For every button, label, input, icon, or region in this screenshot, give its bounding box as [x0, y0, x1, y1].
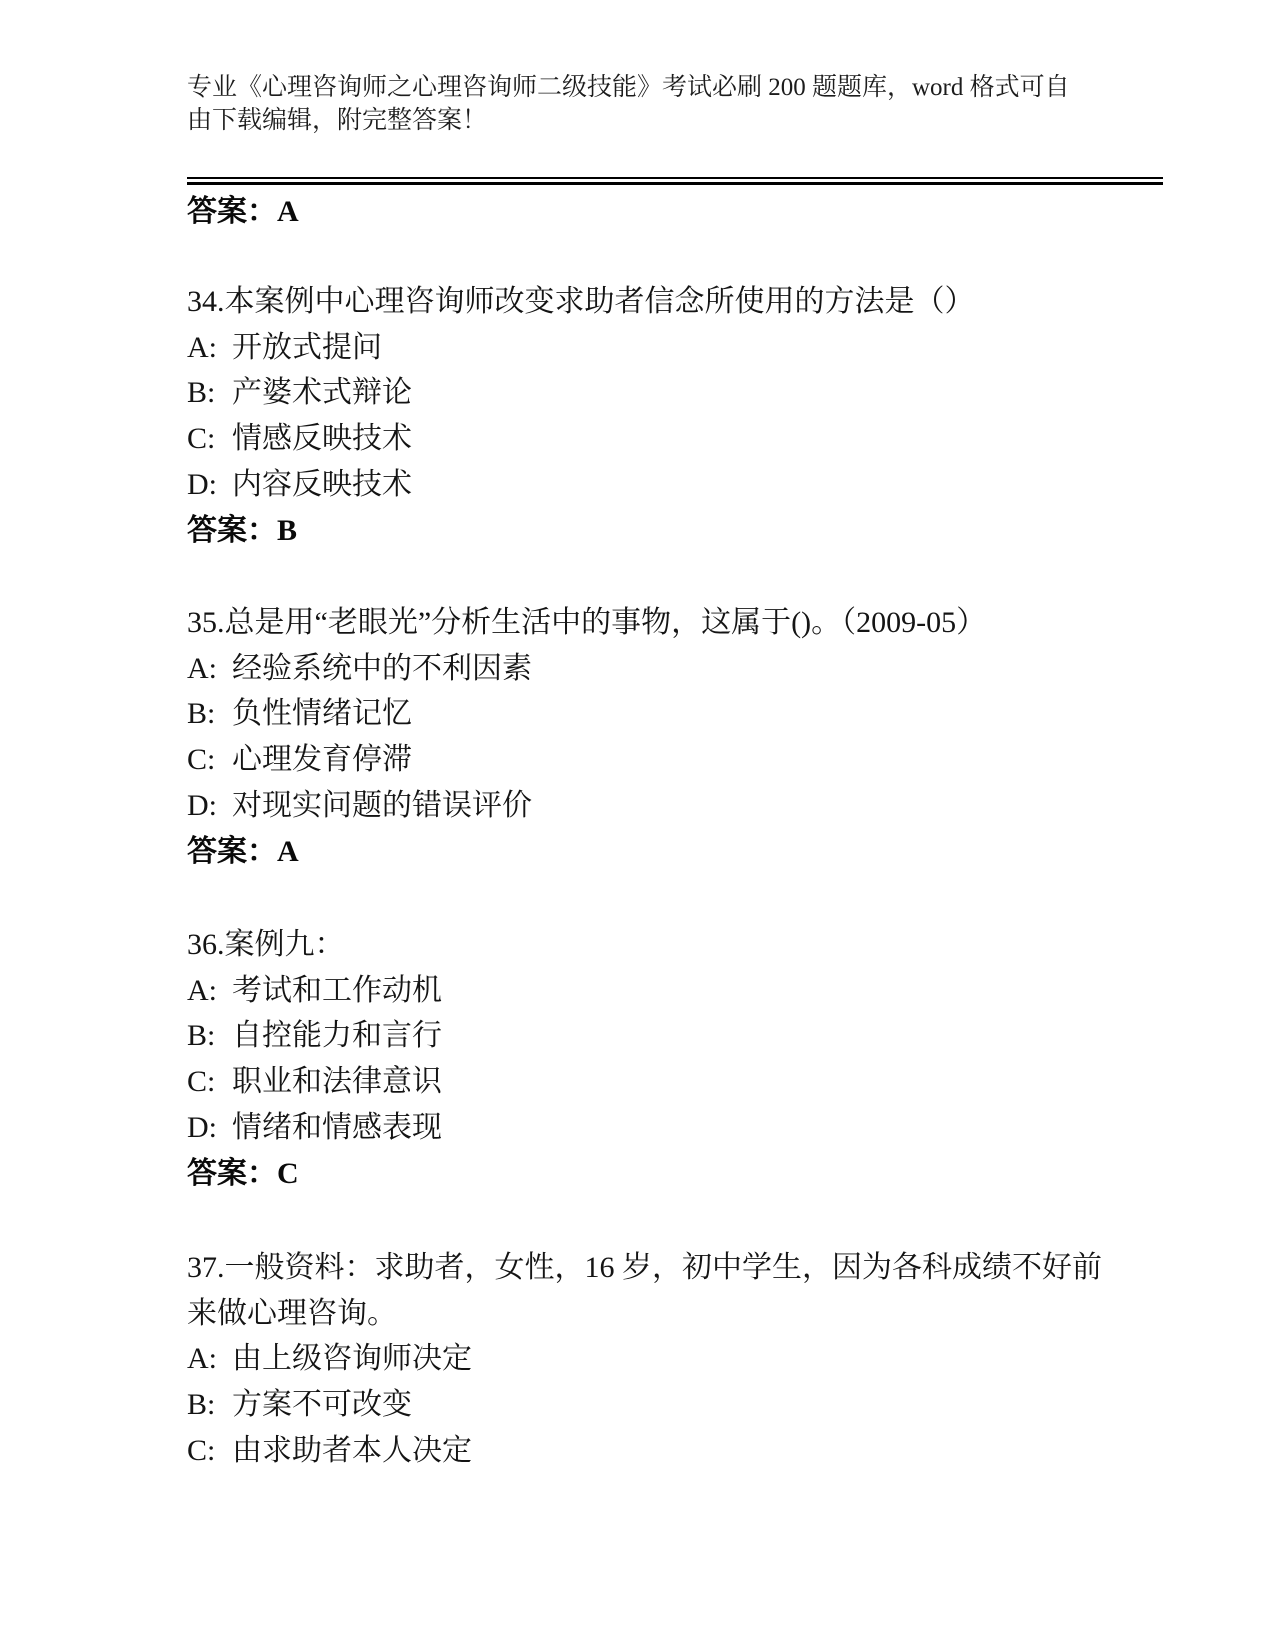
- option-text: 情感反映技术: [232, 422, 412, 455]
- option-key: B:: [187, 691, 232, 737]
- option-line: C:心理发育停滞: [187, 737, 1197, 783]
- option-line: A:考试和工作动机: [187, 968, 1197, 1014]
- option-text: 由上级咨询师决定: [232, 1342, 472, 1375]
- option-text: 内容反映技术: [232, 468, 412, 501]
- option-key: A:: [187, 968, 232, 1014]
- option-line: A:由上级咨询师决定: [187, 1336, 1197, 1382]
- option-line: D:内容反映技术: [187, 462, 1197, 508]
- header-line-1: 专业《心理咨询师之心理咨询师二级技能》考试必刷 200 题题库，word 格式可…: [187, 71, 1127, 104]
- option-key: A:: [187, 325, 232, 371]
- option-text: 经验系统中的不利因素: [232, 652, 532, 685]
- option-text: 心理发育停滞: [232, 743, 412, 776]
- header-divider-double-line: [187, 177, 1163, 185]
- option-text: 产婆术式辩论: [232, 376, 412, 409]
- question-block-37: 37.一般资料：求助者，女性，16 岁，初中学生，因为各科成绩不好前来做心理咨询…: [187, 1245, 1197, 1474]
- option-text: 开放式提问: [232, 331, 382, 364]
- option-text: 由求助者本人决定: [232, 1434, 472, 1467]
- option-text: 职业和法律意识: [232, 1065, 442, 1098]
- question-text: 37.一般资料：求助者，女性，16 岁，初中学生，因为各科成绩不好前: [187, 1245, 1197, 1291]
- option-line: D:对现实问题的错误评价: [187, 783, 1197, 829]
- option-key: D:: [187, 462, 232, 508]
- option-line: D:情绪和情感表现: [187, 1105, 1197, 1151]
- question-text: 35.总是用“老眼光”分析生活中的事物，这属于()。（2009-05）: [187, 600, 1197, 646]
- question-text: 来做心理咨询。: [187, 1291, 1197, 1337]
- header-line-2: 由下载编辑，附完整答案！: [187, 104, 1127, 137]
- option-line: C:职业和法律意识: [187, 1059, 1197, 1105]
- option-key: C:: [187, 1059, 232, 1105]
- option-key: D:: [187, 1105, 232, 1151]
- question-block-34: 34.本案例中心理咨询师改变求助者信念所使用的方法是（）A:开放式提问B:产婆术…: [187, 279, 1197, 553]
- option-text: 情绪和情感表现: [232, 1111, 442, 1144]
- option-key: A:: [187, 1336, 232, 1382]
- option-line: B:自控能力和言行: [187, 1013, 1197, 1059]
- option-line: B:负性情绪记忆: [187, 691, 1197, 737]
- option-text: 考试和工作动机: [232, 974, 442, 1007]
- answer-line: 答案：C: [187, 1151, 1197, 1197]
- question-block-36: 36.案例九：A:考试和工作动机B:自控能力和言行C:职业和法律意识D:情绪和情…: [187, 922, 1197, 1196]
- document-page: 专业《心理咨询师之心理咨询师二级技能》考试必刷 200 题题库，word 格式可…: [0, 0, 1275, 1650]
- question-block-35: 35.总是用“老眼光”分析生活中的事物，这属于()。（2009-05）A:经验系…: [187, 600, 1197, 874]
- option-line: C:情感反映技术: [187, 416, 1197, 462]
- option-text: 自控能力和言行: [232, 1019, 442, 1052]
- option-key: B:: [187, 1013, 232, 1059]
- option-text: 方案不可改变: [232, 1388, 412, 1421]
- option-key: C:: [187, 1428, 232, 1474]
- option-line: B:产婆术式辩论: [187, 370, 1197, 416]
- option-key: B:: [187, 370, 232, 416]
- option-line: A:开放式提问: [187, 325, 1197, 371]
- option-key: D:: [187, 783, 232, 829]
- page-header: 专业《心理咨询师之心理咨询师二级技能》考试必刷 200 题题库，word 格式可…: [187, 71, 1127, 137]
- question-text: 36.案例九：: [187, 922, 1197, 968]
- option-line: B:方案不可改变: [187, 1382, 1197, 1428]
- option-line: C:由求助者本人决定: [187, 1428, 1197, 1474]
- question-text: 34.本案例中心理咨询师改变求助者信念所使用的方法是（）: [187, 279, 1197, 325]
- option-key: A:: [187, 646, 232, 692]
- option-text: 对现实问题的错误评价: [232, 789, 532, 822]
- option-key: B:: [187, 1382, 232, 1428]
- carryover-answer: 答案：A: [187, 189, 299, 235]
- answer-line: 答案：A: [187, 829, 1197, 875]
- option-text: 负性情绪记忆: [232, 697, 412, 730]
- answer-line: 答案：B: [187, 508, 1197, 554]
- option-line: A:经验系统中的不利因素: [187, 646, 1197, 692]
- option-key: C:: [187, 416, 232, 462]
- option-key: C:: [187, 737, 232, 783]
